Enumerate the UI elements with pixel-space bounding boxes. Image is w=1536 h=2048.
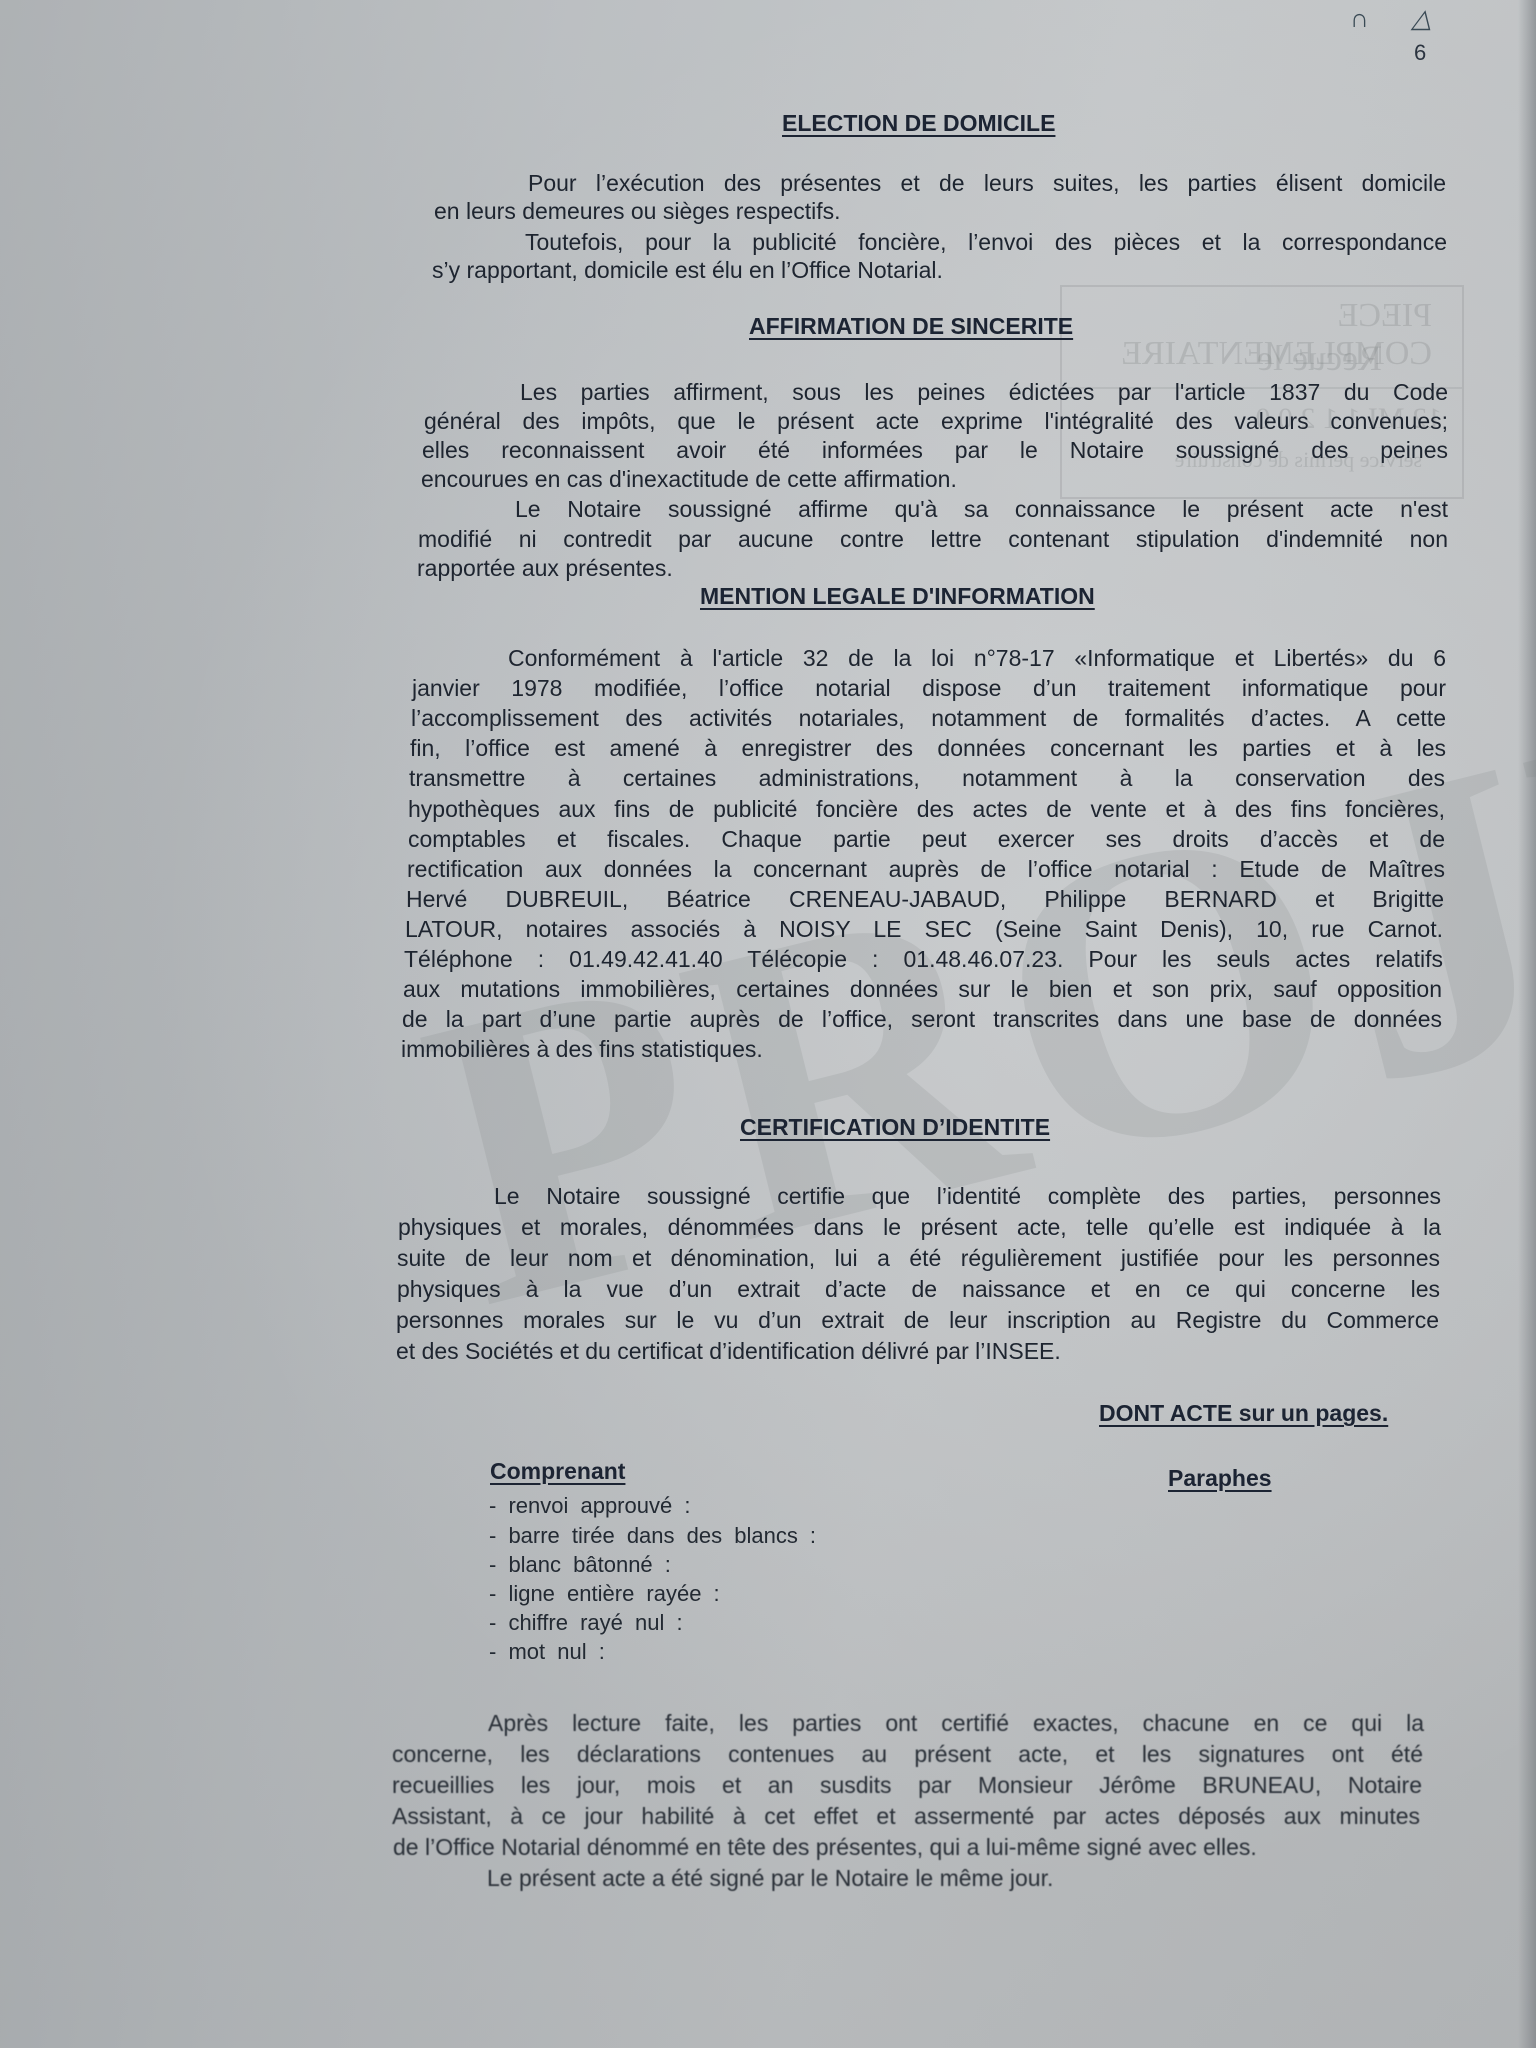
text-line: immobilières à des fins statistiques. (401, 1036, 1441, 1063)
stamp-line: Recue le (1257, 337, 1382, 379)
text-line: hypothèques aux fins de publicité fonciè… (408, 796, 1445, 823)
document-page: PROJET PIECE COMPLEMENTAIRE Recue le 12 … (0, 0, 1536, 2048)
list-item: - barre tirée dans des blancs : (489, 1523, 816, 1549)
text-line: suite de leur nom et dénomination, lui a… (397, 1245, 1440, 1272)
list-item: - chiffre rayé nul : (489, 1610, 683, 1636)
text-line: encourues en cas d'inexactitude de cette… (421, 466, 1447, 493)
handwritten-initials: ∩ △ (1350, 4, 1449, 34)
text-line: l’accomplissement des activités notarial… (411, 705, 1446, 732)
text-line: concerne, les déclarations contenues au … (392, 1741, 1423, 1768)
text-line: elles reconnaissent avoir été informées … (422, 437, 1448, 464)
text-line: Pour l’exécution des présentes et de leu… (528, 170, 1446, 197)
text-line: en leurs demeures ou sièges respectifs. (434, 198, 1446, 225)
comprenant-heading: Comprenant (490, 1458, 625, 1485)
text-line: Assistant, à ce jour habilité à cet effe… (392, 1803, 1420, 1830)
text-line: LATOUR, notaires associés à NOISY LE SEC… (405, 916, 1443, 943)
list-item: - renvoi approuvé : (489, 1493, 690, 1519)
text-line: janvier 1978 modifiée, l’office notarial… (412, 675, 1446, 702)
text-line: Les parties affirment, sous les peines é… (520, 379, 1448, 406)
text-line: personnes morales sur le vu d’un extrait… (396, 1307, 1439, 1334)
text-line: fin, l’office est amené à enregistrer de… (410, 735, 1446, 762)
heading-affirmation-sincerite: AFFIRMATION DE SINCERITE (749, 313, 1073, 340)
text-line: physiques à la vue d’un extrait d’acte d… (397, 1276, 1440, 1303)
text-line: et des Sociétés et du certificat d’ident… (396, 1338, 1439, 1365)
text-line: Conformément à l'article 32 de la loi n°… (508, 645, 1446, 672)
text-line: de la part d’une partie auprès de l’offi… (402, 1006, 1442, 1033)
text-line: recueillies les jour, mois et an susdits… (392, 1772, 1422, 1799)
text-line: physiques et morales, dénommées dans le … (398, 1214, 1441, 1241)
text-line: modifié ni contredit par aucune contre l… (418, 526, 1448, 553)
text-line: rapportée aux présentes. (417, 555, 1447, 582)
text-line: rectification aux données la concernant … (407, 856, 1445, 883)
list-item: - mot nul : (489, 1639, 605, 1665)
text-line: Téléphone : 01.49.42.41.40 Télécopie : 0… (404, 946, 1443, 973)
text-line: de l’Office Notarial dénommé en tête des… (393, 1834, 1417, 1861)
text-line: Après lecture faite, les parties ont cer… (488, 1710, 1424, 1737)
page-number: 6 (1414, 40, 1426, 66)
paraphes-heading: Paraphes (1168, 1465, 1272, 1492)
text-line: transmettre à certaines administrations,… (409, 765, 1445, 792)
heading-election-domicile: ELECTION DE DOMICILE (782, 110, 1055, 137)
text-line: s’y rapportant, domicile est élu en l’Of… (432, 257, 1446, 284)
page-edge-shadow (1518, 0, 1536, 2048)
text-line: Le Notaire soussigné affirme qu'à sa con… (515, 496, 1448, 523)
text-line: Le Notaire soussigné certifie que l’iden… (494, 1183, 1441, 1210)
text-line: Le présent acte a été signé par le Notai… (487, 1865, 1187, 1892)
text-line: Toutefois, pour la publicité foncière, l… (525, 229, 1447, 256)
text-line: aux mutations immobilières, certaines do… (403, 976, 1442, 1003)
text-line: général des impôts, que le présent acte … (424, 408, 1448, 435)
text-line: comptables et fiscales. Chaque partie pe… (408, 826, 1445, 853)
list-item: - blanc bâtonné : (489, 1552, 671, 1578)
heading-mention-legale: MENTION LEGALE D'INFORMATION (700, 583, 1095, 610)
heading-certification-identite: CERTIFICATION D’IDENTITE (740, 1114, 1050, 1141)
list-item: - ligne entière rayée : (489, 1581, 720, 1607)
dont-acte-label: DONT ACTE sur un pages. (1099, 1400, 1388, 1427)
text-line: Hervé DUBREUIL, Béatrice CRENEAU-JABAUD,… (406, 886, 1444, 913)
